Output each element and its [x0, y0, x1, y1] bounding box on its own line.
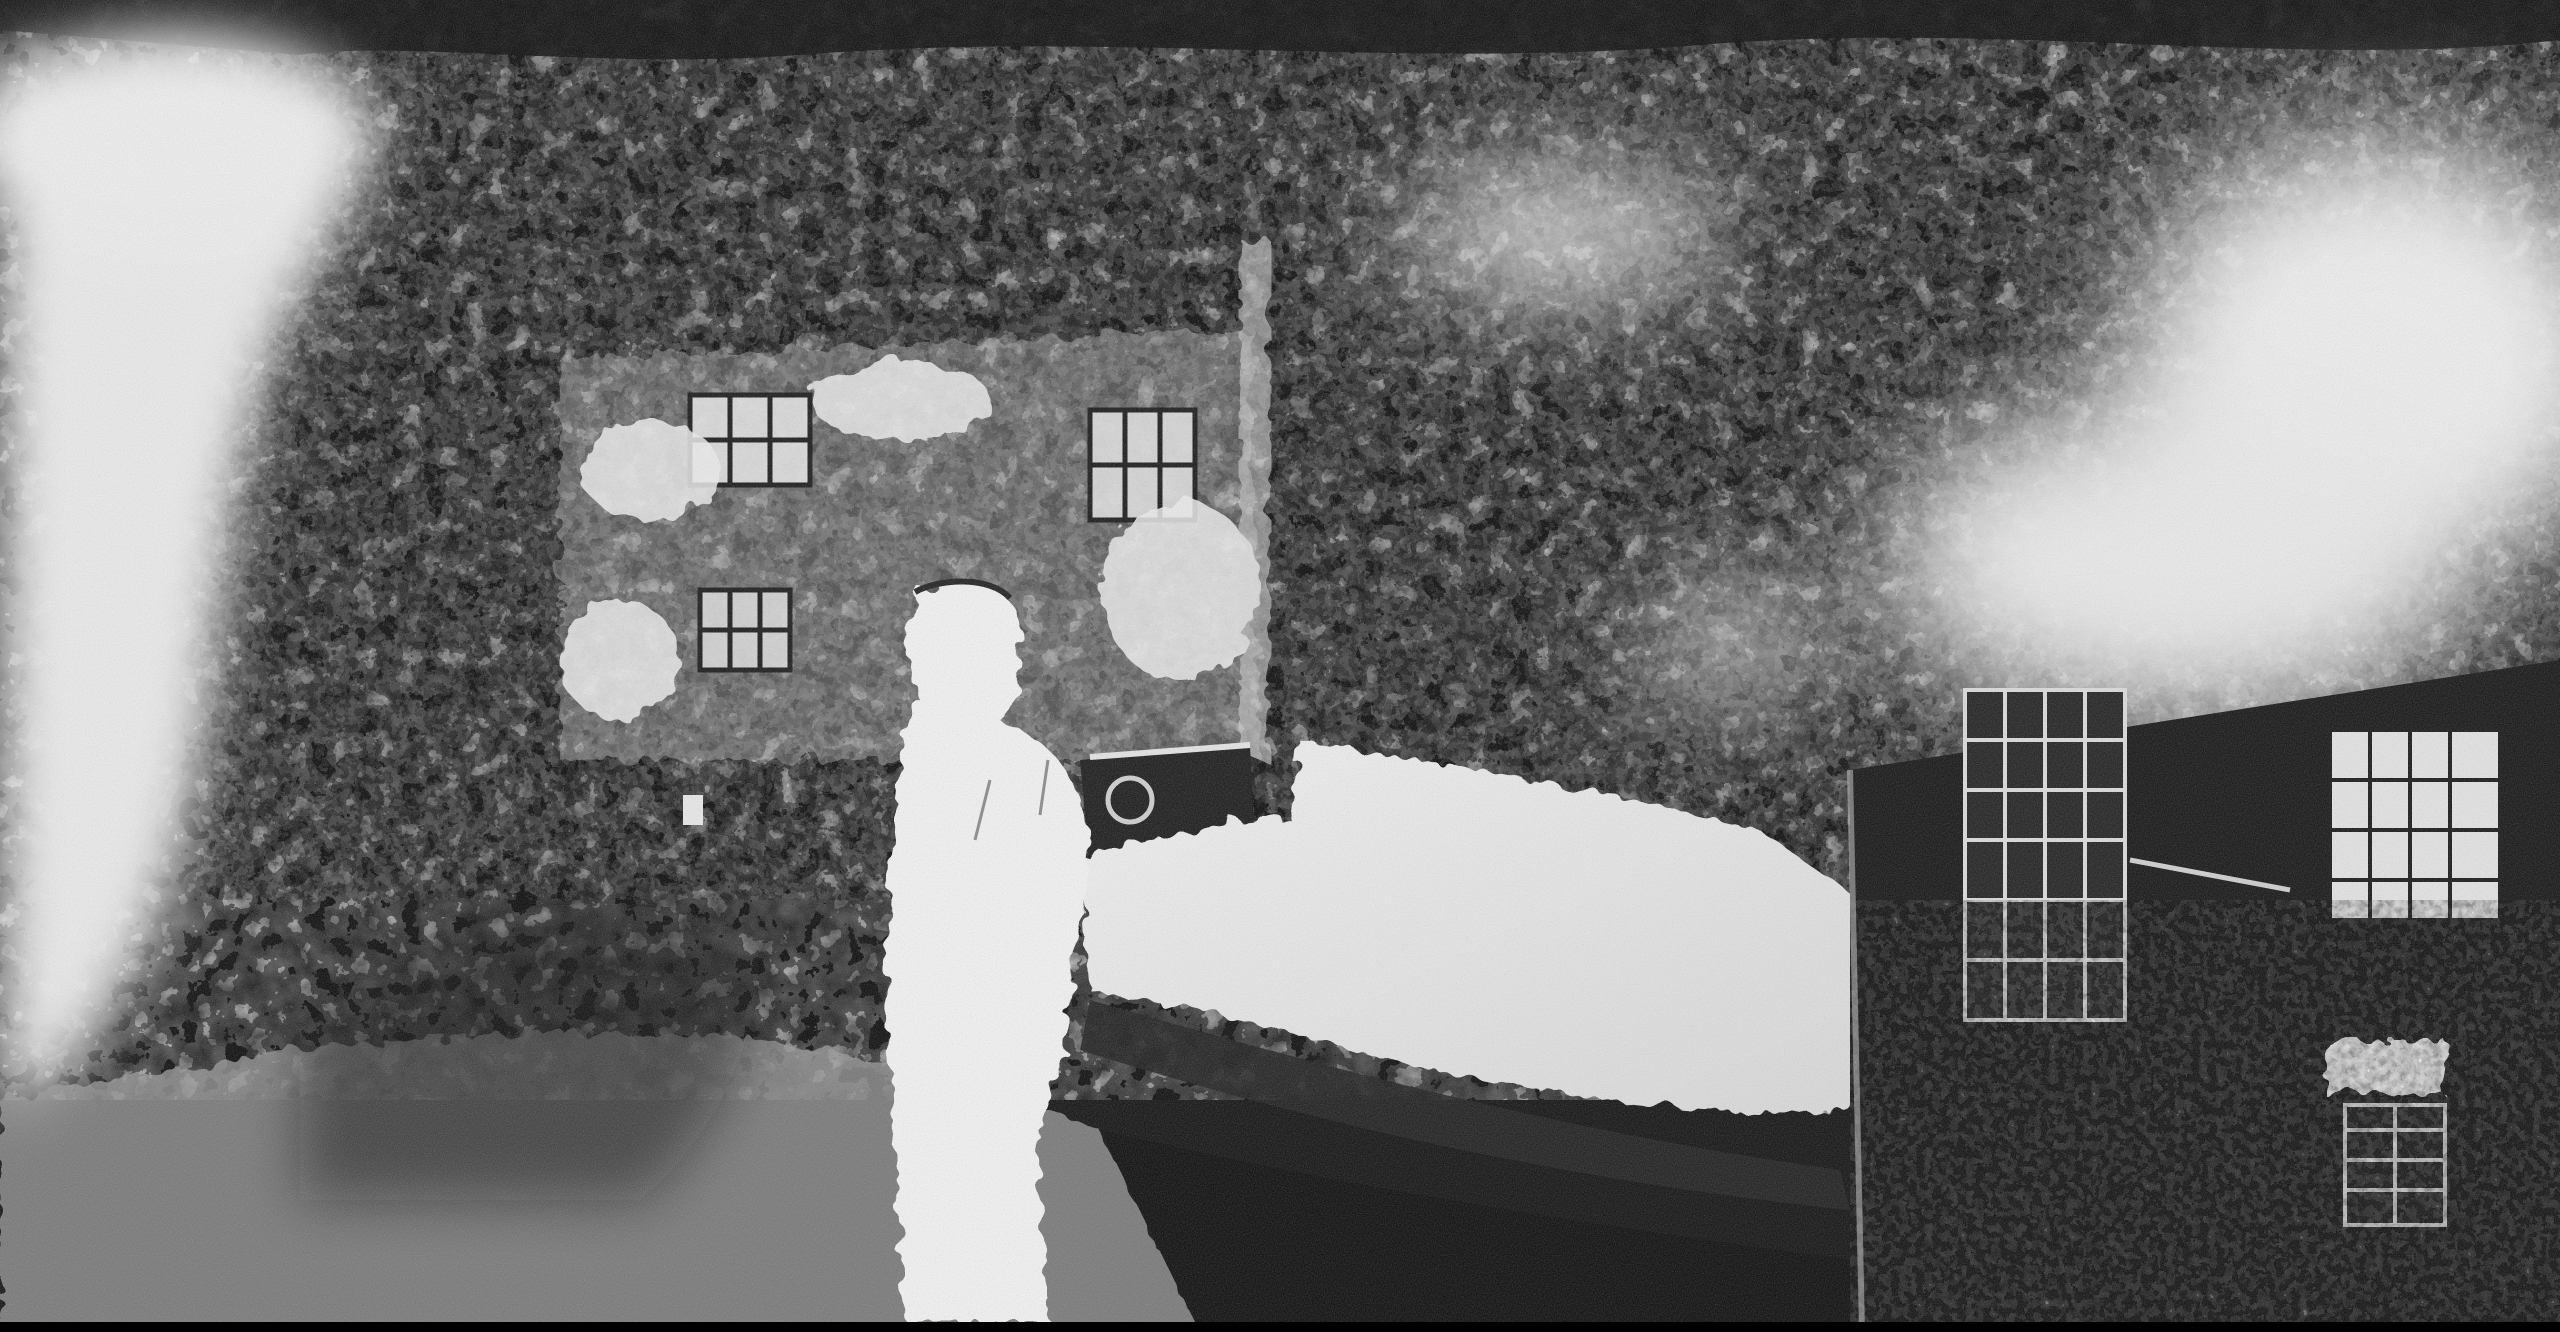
photograph: High-contrast black and white photograph…	[0, 0, 2560, 1332]
print-border	[0, 1322, 2560, 1332]
scene-artwork	[0, 0, 2560, 1332]
